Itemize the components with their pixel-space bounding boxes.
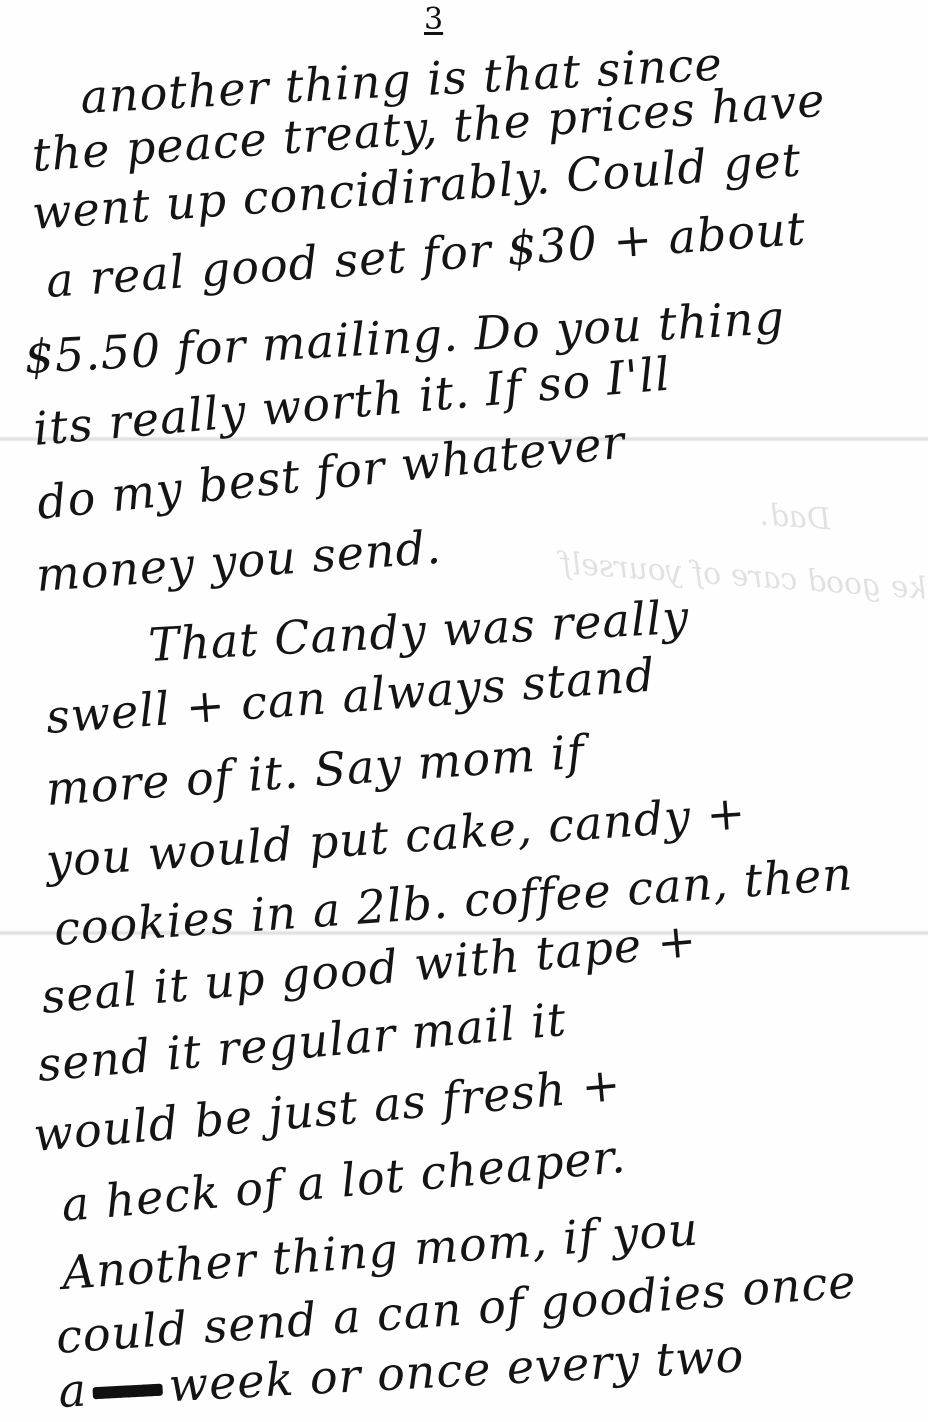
letter-line: money you send. xyxy=(34,520,443,602)
letter-word: a xyxy=(57,1363,88,1418)
struck-out-word: month xyxy=(93,1384,163,1400)
letter-page: Dad. take good care of yourself 3 anothe… xyxy=(0,0,928,1422)
page-number: 3 xyxy=(424,2,443,37)
bleed-through-text: Dad. xyxy=(759,498,832,538)
